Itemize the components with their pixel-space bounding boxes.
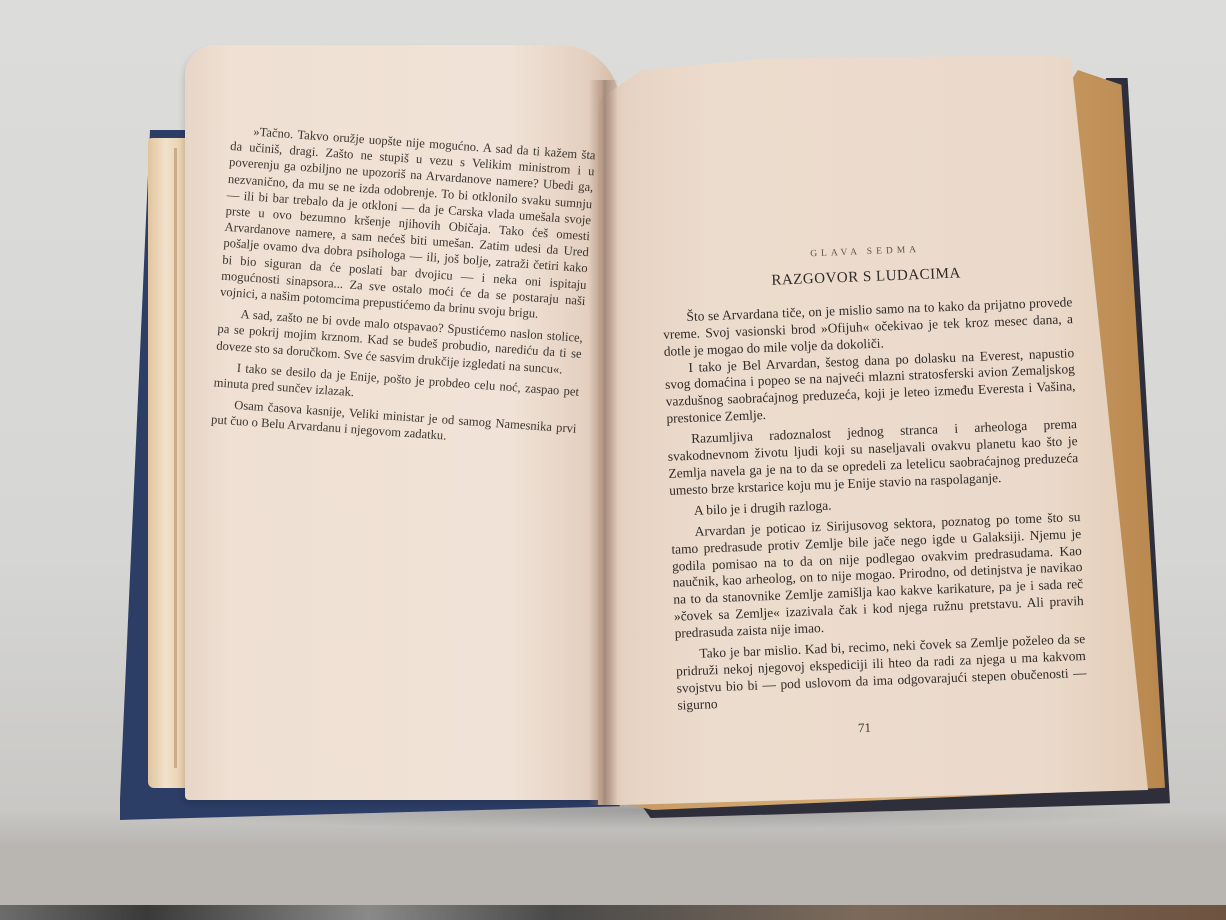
paragraph: Arvardan je poticao iz Sirijusovog sekto…	[670, 509, 1084, 643]
right-page-text: GLAVA SEDMA RAZGOVOR S LUDACIMA Što se A…	[660, 236, 1087, 714]
table-edge	[0, 905, 1226, 920]
left-page-text: »Tačno. Takvo oružje uopšte nije mogućno…	[211, 122, 597, 453]
paragraph: »Tačno. Takvo oružje uopšte nije mogućno…	[220, 122, 597, 325]
page-number: 71	[858, 720, 872, 736]
